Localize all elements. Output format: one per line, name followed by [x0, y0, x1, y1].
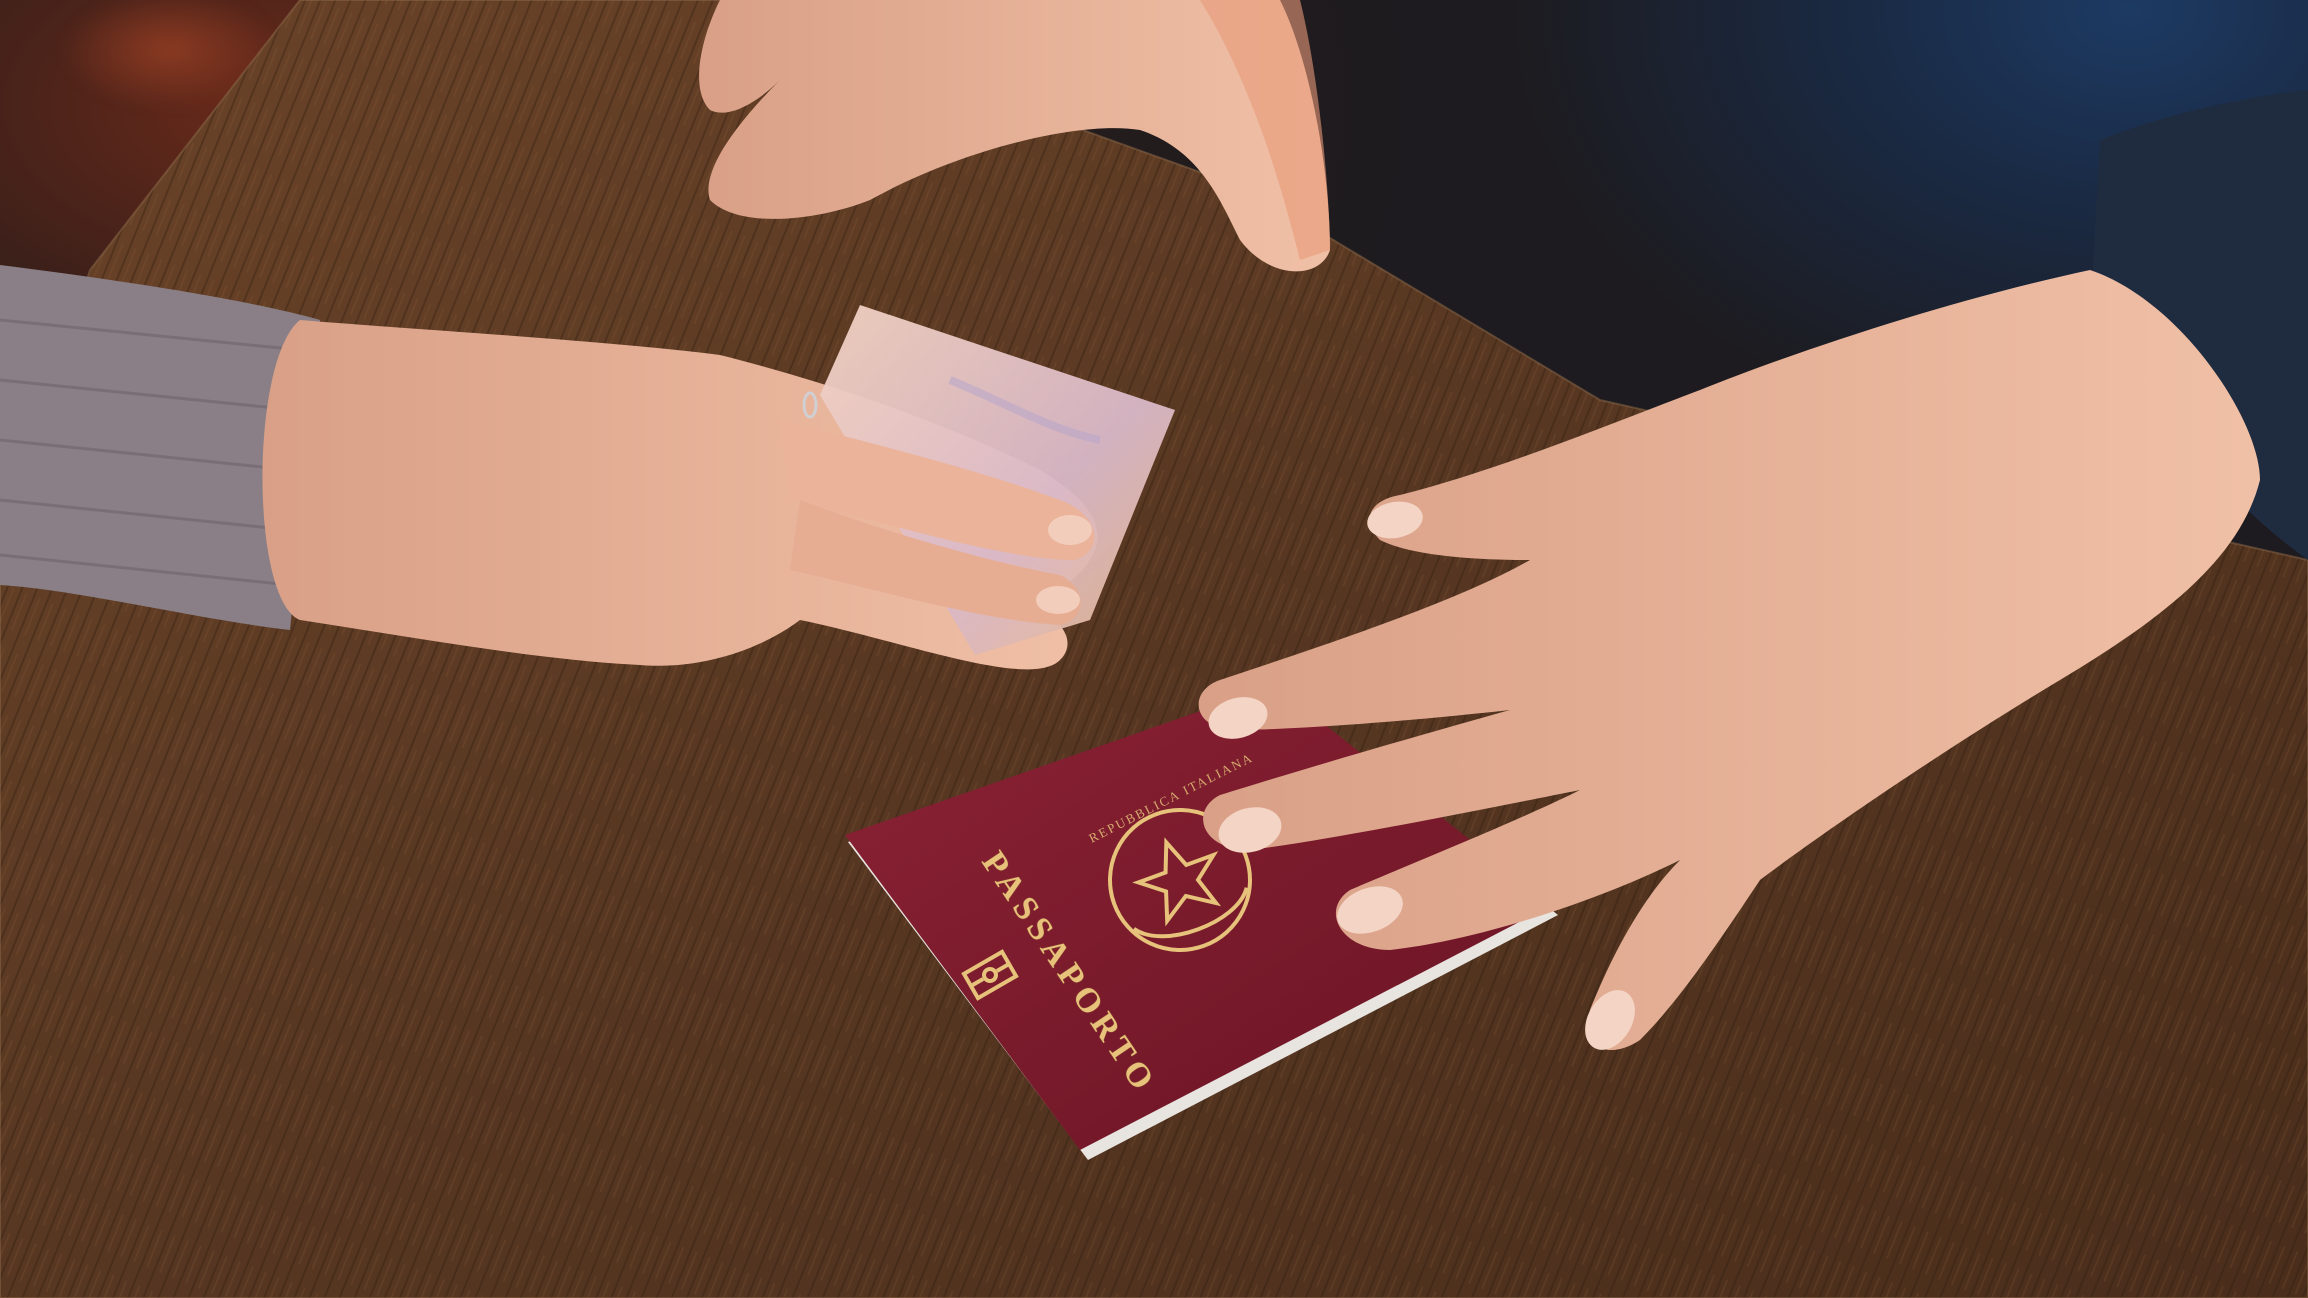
- scene-illustration: [0, 0, 2308, 1298]
- photo-scene: PASSAPORTO REPUBBLICA ITALIANA: [0, 0, 2308, 1298]
